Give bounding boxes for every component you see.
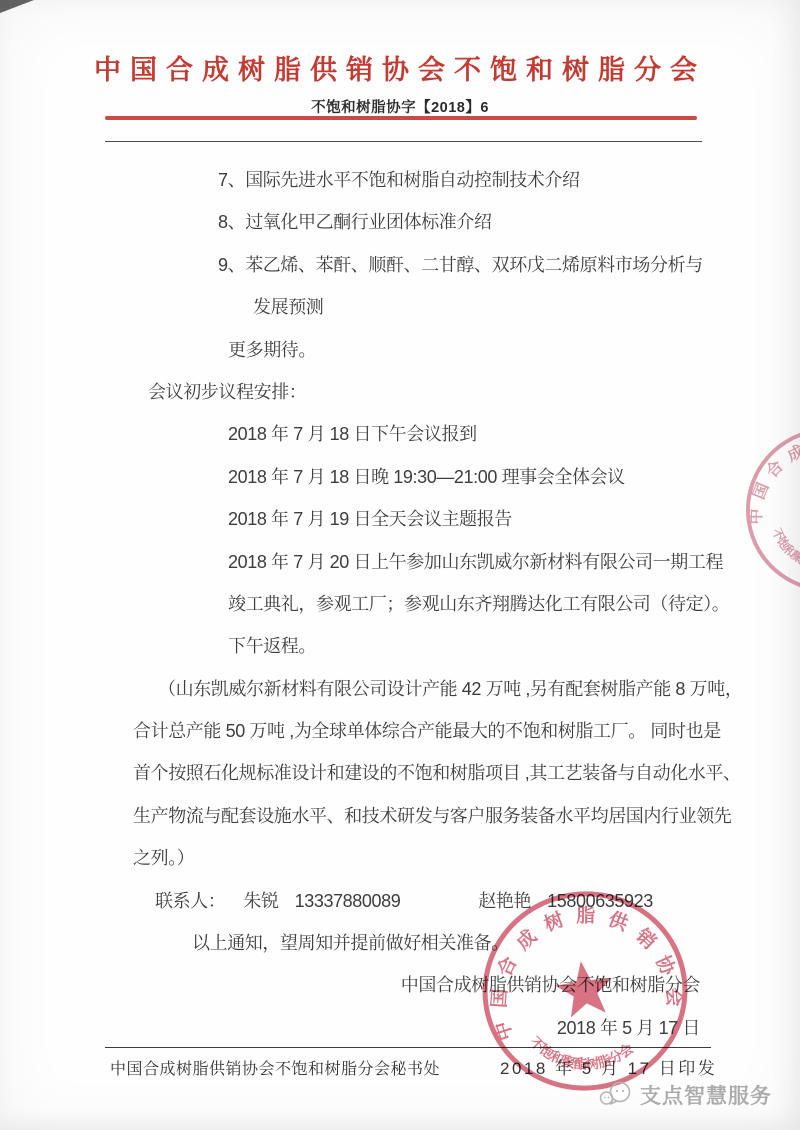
footer-divider (105, 1047, 711, 1048)
contact1-phone: 13337880089 (295, 891, 401, 911)
org-title: 中国合成树脂供销协会不饱和树脂分会 (0, 48, 800, 87)
signature-org: 中国合成树脂供销协会不饱和树脂分会 (0, 971, 800, 1013)
signature-date: 2018 年 5 月 17 日 (0, 1014, 800, 1056)
schedule-jul18-eve: 2018 年 7 月 18 日晚 19:30—21:00 理事会全体会议 (228, 463, 800, 505)
contact2-name: 赵艳艳 (478, 891, 531, 911)
more-expectations: 更多期待。 (228, 336, 800, 378)
schedule-jul20-wrap: 竣工典礼，参观工厂；参观山东齐翔腾达化工有限公司（待定）。 (228, 590, 800, 632)
note-paragraph-line5: 之列。） (133, 844, 800, 886)
doc-number: 不饱和树脂协字【2018】6 (0, 96, 800, 117)
contact2-phone: 15800635923 (547, 891, 653, 911)
document-body: 7、国际先进水平不饱和树脂自动控制技术介绍 8、过氧化甲乙酮行业团体标准介绍 9… (0, 166, 800, 1056)
note-paragraph-line2: 合计总产能 50 万吨 ,为全球单体综合产能最大的不饱和树脂工厂。 同时也是 (133, 717, 800, 759)
closing-note: 以上通知，望周知并提前做好相关准备。 (192, 929, 800, 971)
schedule-heading: 会议初步议程安排： (148, 378, 800, 420)
note-paragraph-line4: 生产物流与配套设施水平、和技术研发与客户服务装备水平均居国内行业领先 (133, 802, 800, 844)
watermark-text: 支点智慧服务 (640, 1080, 772, 1110)
contact1-name: 朱锐 (243, 891, 278, 911)
agenda-item-9: 9、苯乙烯、苯酐、顺酐、二甘醇、双环戊二烯原料市场分析与 (218, 251, 800, 293)
contact-label: 联系人： (155, 891, 225, 911)
document-page: 中国合成树脂供销协会不饱和树脂分会 不饱和树脂协字【2018】6 7、国际先进水… (0, 0, 800, 1130)
agenda-item-8: 8、过氧化甲乙酮行业团体标准介绍 (218, 208, 800, 250)
scan-corner-artifact (0, 0, 34, 13)
agenda-item-9-wrap: 发展预测 (253, 293, 800, 335)
red-divider (105, 116, 697, 120)
schedule-return: 下午返程。 (228, 632, 800, 674)
footer-print-date: 2018 年 5 月 17 日印发 (500, 1054, 712, 1079)
schedule-jul19: 2018 年 7 月 19 日全天会议主题报告 (228, 505, 800, 547)
watermark: 支点智慧服务 (598, 1080, 772, 1110)
schedule-jul18-pm: 2018 年 7 月 18 日下午会议报到 (228, 420, 800, 462)
footer-secretariat: 中国合成树脂供销协会不饱和树脂分会秘书处 (110, 1056, 440, 1079)
contact-line: 联系人：朱锐13337880089赵艳艳15800635923 (155, 887, 800, 929)
schedule-jul20: 2018 年 7 月 20 日上午参加山东凯威尔新材料有限公司一期工程 (228, 548, 800, 590)
chat-bubbles-logo-icon (598, 1081, 634, 1109)
note-paragraph-line3: 首个按照石化规标准设计和建设的不饱和树脂项目 ,其工艺装备与自动化水平、 (133, 759, 800, 801)
note-paragraph-line1: （山东凯威尔新材料有限公司设计产能 42 万吨 ,另有配套树脂产能 8 万吨， (158, 675, 800, 717)
agenda-item-7: 7、国际先进水平不饱和树脂自动控制技术介绍 (218, 166, 800, 208)
thin-divider (105, 141, 702, 142)
